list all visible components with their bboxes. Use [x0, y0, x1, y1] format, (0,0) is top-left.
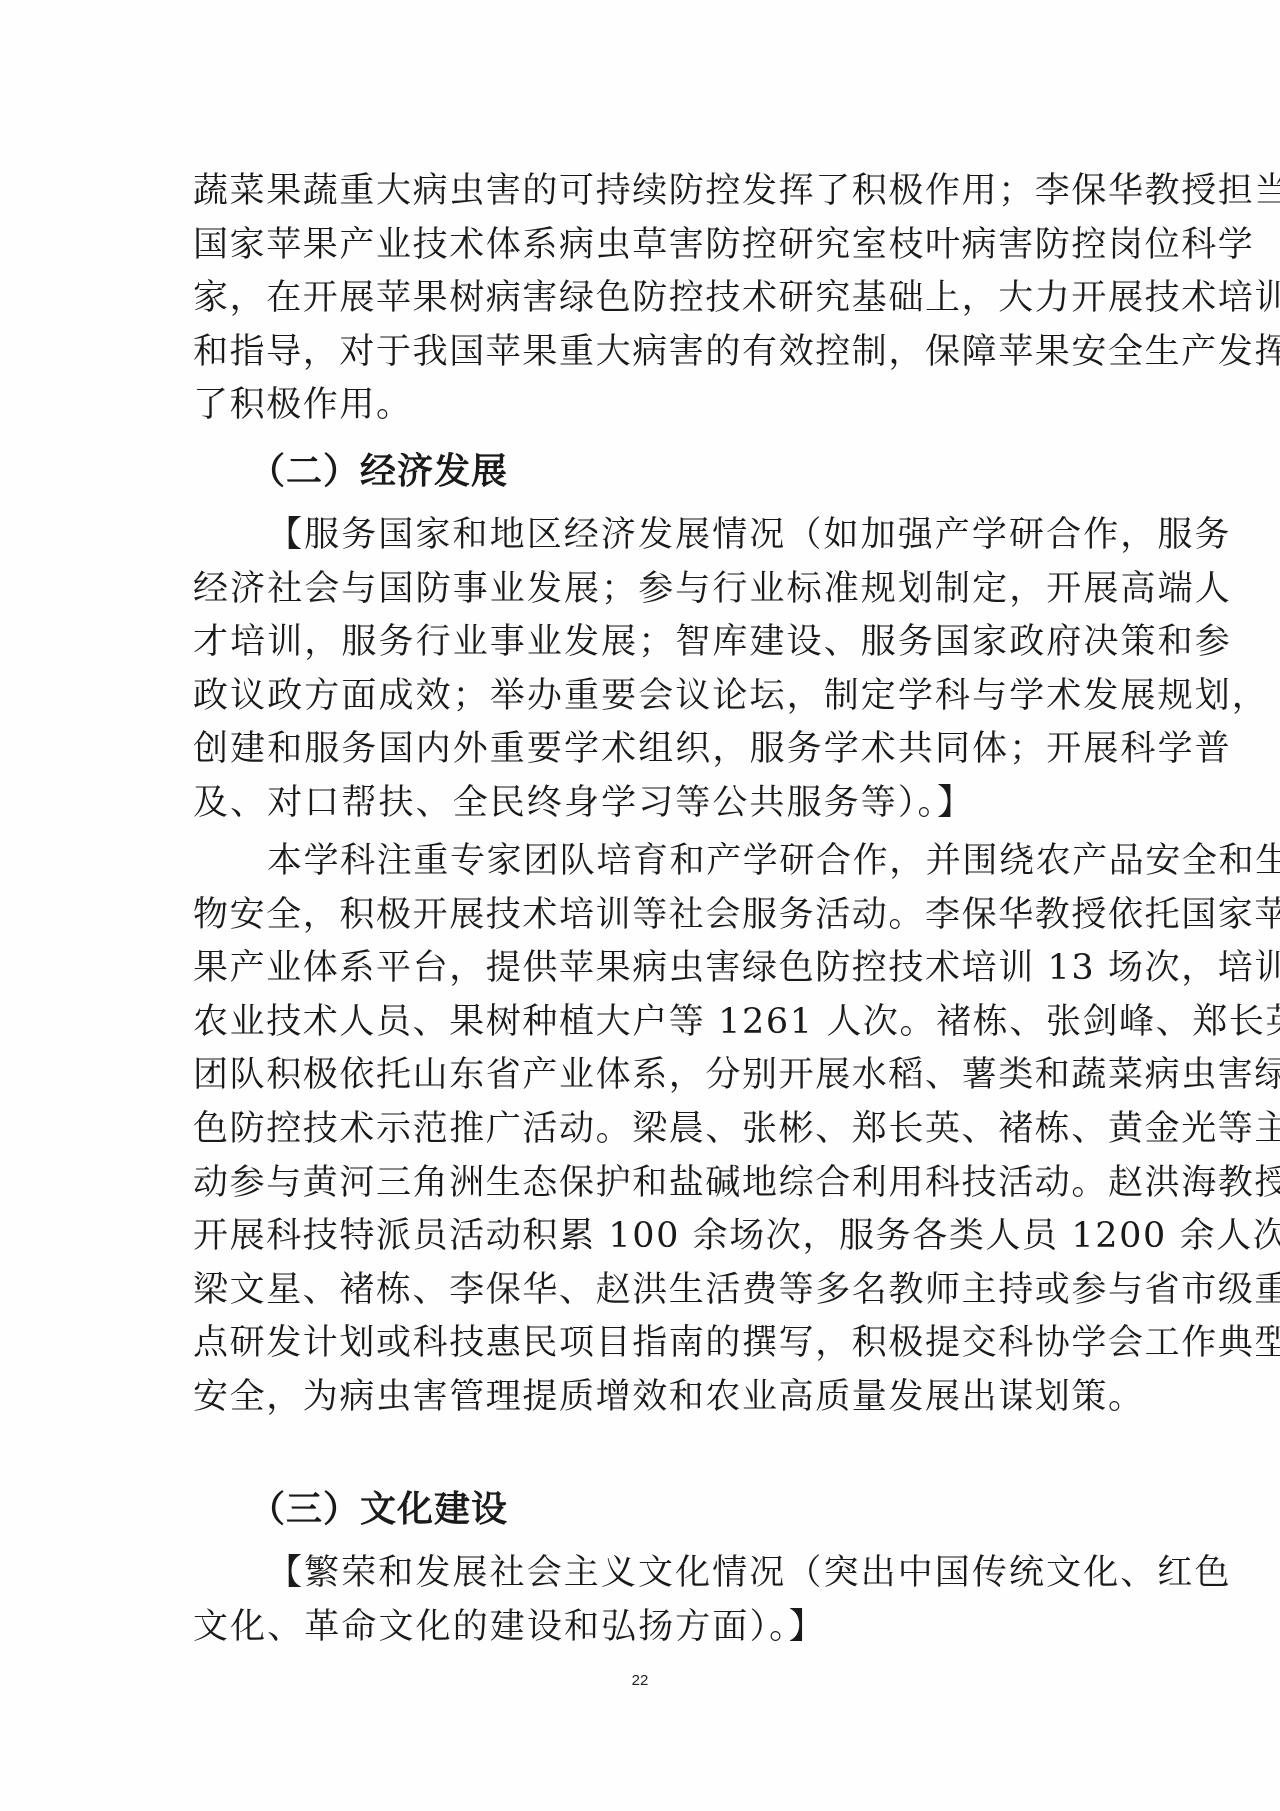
guideline-line: 文化、革命文化的建设和弘扬方面）。】 [193, 1601, 1086, 1655]
guideline-line: 创建和服务国内外重要学术组织，服务学术共同体；开展科学普 [193, 723, 1086, 777]
section-3-guideline: 【繁荣和发展社会主义文化情况（突出中国传统文化、红色 文化、革命文化的建设和弘扬… [193, 1547, 1086, 1654]
paragraph-line: 国家苹果产业技术体系病虫草害防控研究室枝叶病害防控岗位科学 [193, 219, 1086, 273]
section-heading-economic-development: （二）经济发展 [193, 440, 1086, 504]
guideline-line: 才培训，服务行业事业发展；智库建设、服务国家政府决策和参 [193, 616, 1086, 670]
guideline-line: 经济社会与国防事业发展；参与行业标准规划制定，开展高端人 [193, 563, 1086, 617]
paragraph-line: 点研发计划或科技惠民项目指南的撰写，积极提交科协学会工作典型 [193, 1317, 1086, 1371]
paragraph-line: 家，在开展苹果树病害绿色防控技术研究基础上，大力开展技术培训 [193, 272, 1086, 326]
paragraph-line: 安全，为病虫害管理提质增效和农业高质量发展出谋划策。 [193, 1371, 1086, 1425]
guideline-line: 【繁荣和发展社会主义文化情况（突出中国传统文化、红色 [193, 1547, 1086, 1601]
paragraph-line: 动参与黄河三角洲生态保护和盐碱地综合利用科技活动。赵洪海教授 [193, 1157, 1086, 1211]
paragraph-line: 蔬菜果蔬重大病虫害的可持续防控发挥了积极作用；李保华教授担当 [193, 165, 1086, 219]
section-heading-cultural-construction: （三）文化建设 [193, 1478, 1086, 1542]
paragraph-line: 团队积极依托山东省产业体系，分别开展水稻、薯类和蔬菜病虫害绿 [193, 1049, 1086, 1103]
intro-paragraph: 蔬菜果蔬重大病虫害的可持续防控发挥了积极作用；李保华教授担当 国家苹果产业技术体… [193, 165, 1086, 433]
section-2: （二）经济发展 [193, 440, 1086, 504]
paragraph-line: 果产业体系平台，提供苹果病虫害绿色防控技术培训 13 场次，培训 [193, 942, 1086, 996]
paragraph-line: 本学科注重专家团队培育和产学研合作，并围绕农产品安全和生 [193, 835, 1086, 889]
guideline-line: 政议政方面成效；举办重要会议论坛，制定学科与学术发展规划， [193, 670, 1086, 724]
document-page: 蔬菜果蔬重大病虫害的可持续防控发挥了积极作用；李保华教授担当 国家苹果产业技术体… [0, 0, 1280, 1811]
paragraph-line: 物安全，积极开展技术培训等社会服务活动。李保华教授依托国家苹 [193, 889, 1086, 943]
paragraph-line: 了积极作用。 [193, 379, 1086, 433]
section-2-guideline: 【服务国家和地区经济发展情况（如加强产学研合作，服务 经济社会与国防事业发展；参… [193, 509, 1086, 831]
paragraph-line: 梁文星、褚栋、李保华、赵洪生活费等多名教师主持或参与省市级重 [193, 1264, 1086, 1318]
guideline-line: 及、对口帮扶、全民终身学习等公共服务等）。】 [193, 777, 1086, 831]
paragraph-line: 和指导，对于我国苹果重大病害的有效控制，保障苹果安全生产发挥 [193, 326, 1086, 380]
paragraph-line: 农业技术人员、果树种植大户等 1261 人次。褚栋、张剑峰、郑长英 [193, 996, 1086, 1050]
section-3: （三）文化建设 [193, 1478, 1086, 1542]
paragraph-line: 开展科技特派员活动积累 100 余场次，服务各类人员 1200 余人次。 [193, 1210, 1086, 1264]
guideline-line: 【服务国家和地区经济发展情况（如加强产学研合作，服务 [193, 509, 1086, 563]
page-number: 22 [0, 1672, 1280, 1689]
section-2-body: 本学科注重专家团队培育和产学研合作，并围绕农产品安全和生 物安全，积极开展技术培… [193, 835, 1086, 1425]
paragraph-line: 色防控技术示范推广活动。梁晨、张彬、郑长英、褚栋、黄金光等主 [193, 1103, 1086, 1157]
